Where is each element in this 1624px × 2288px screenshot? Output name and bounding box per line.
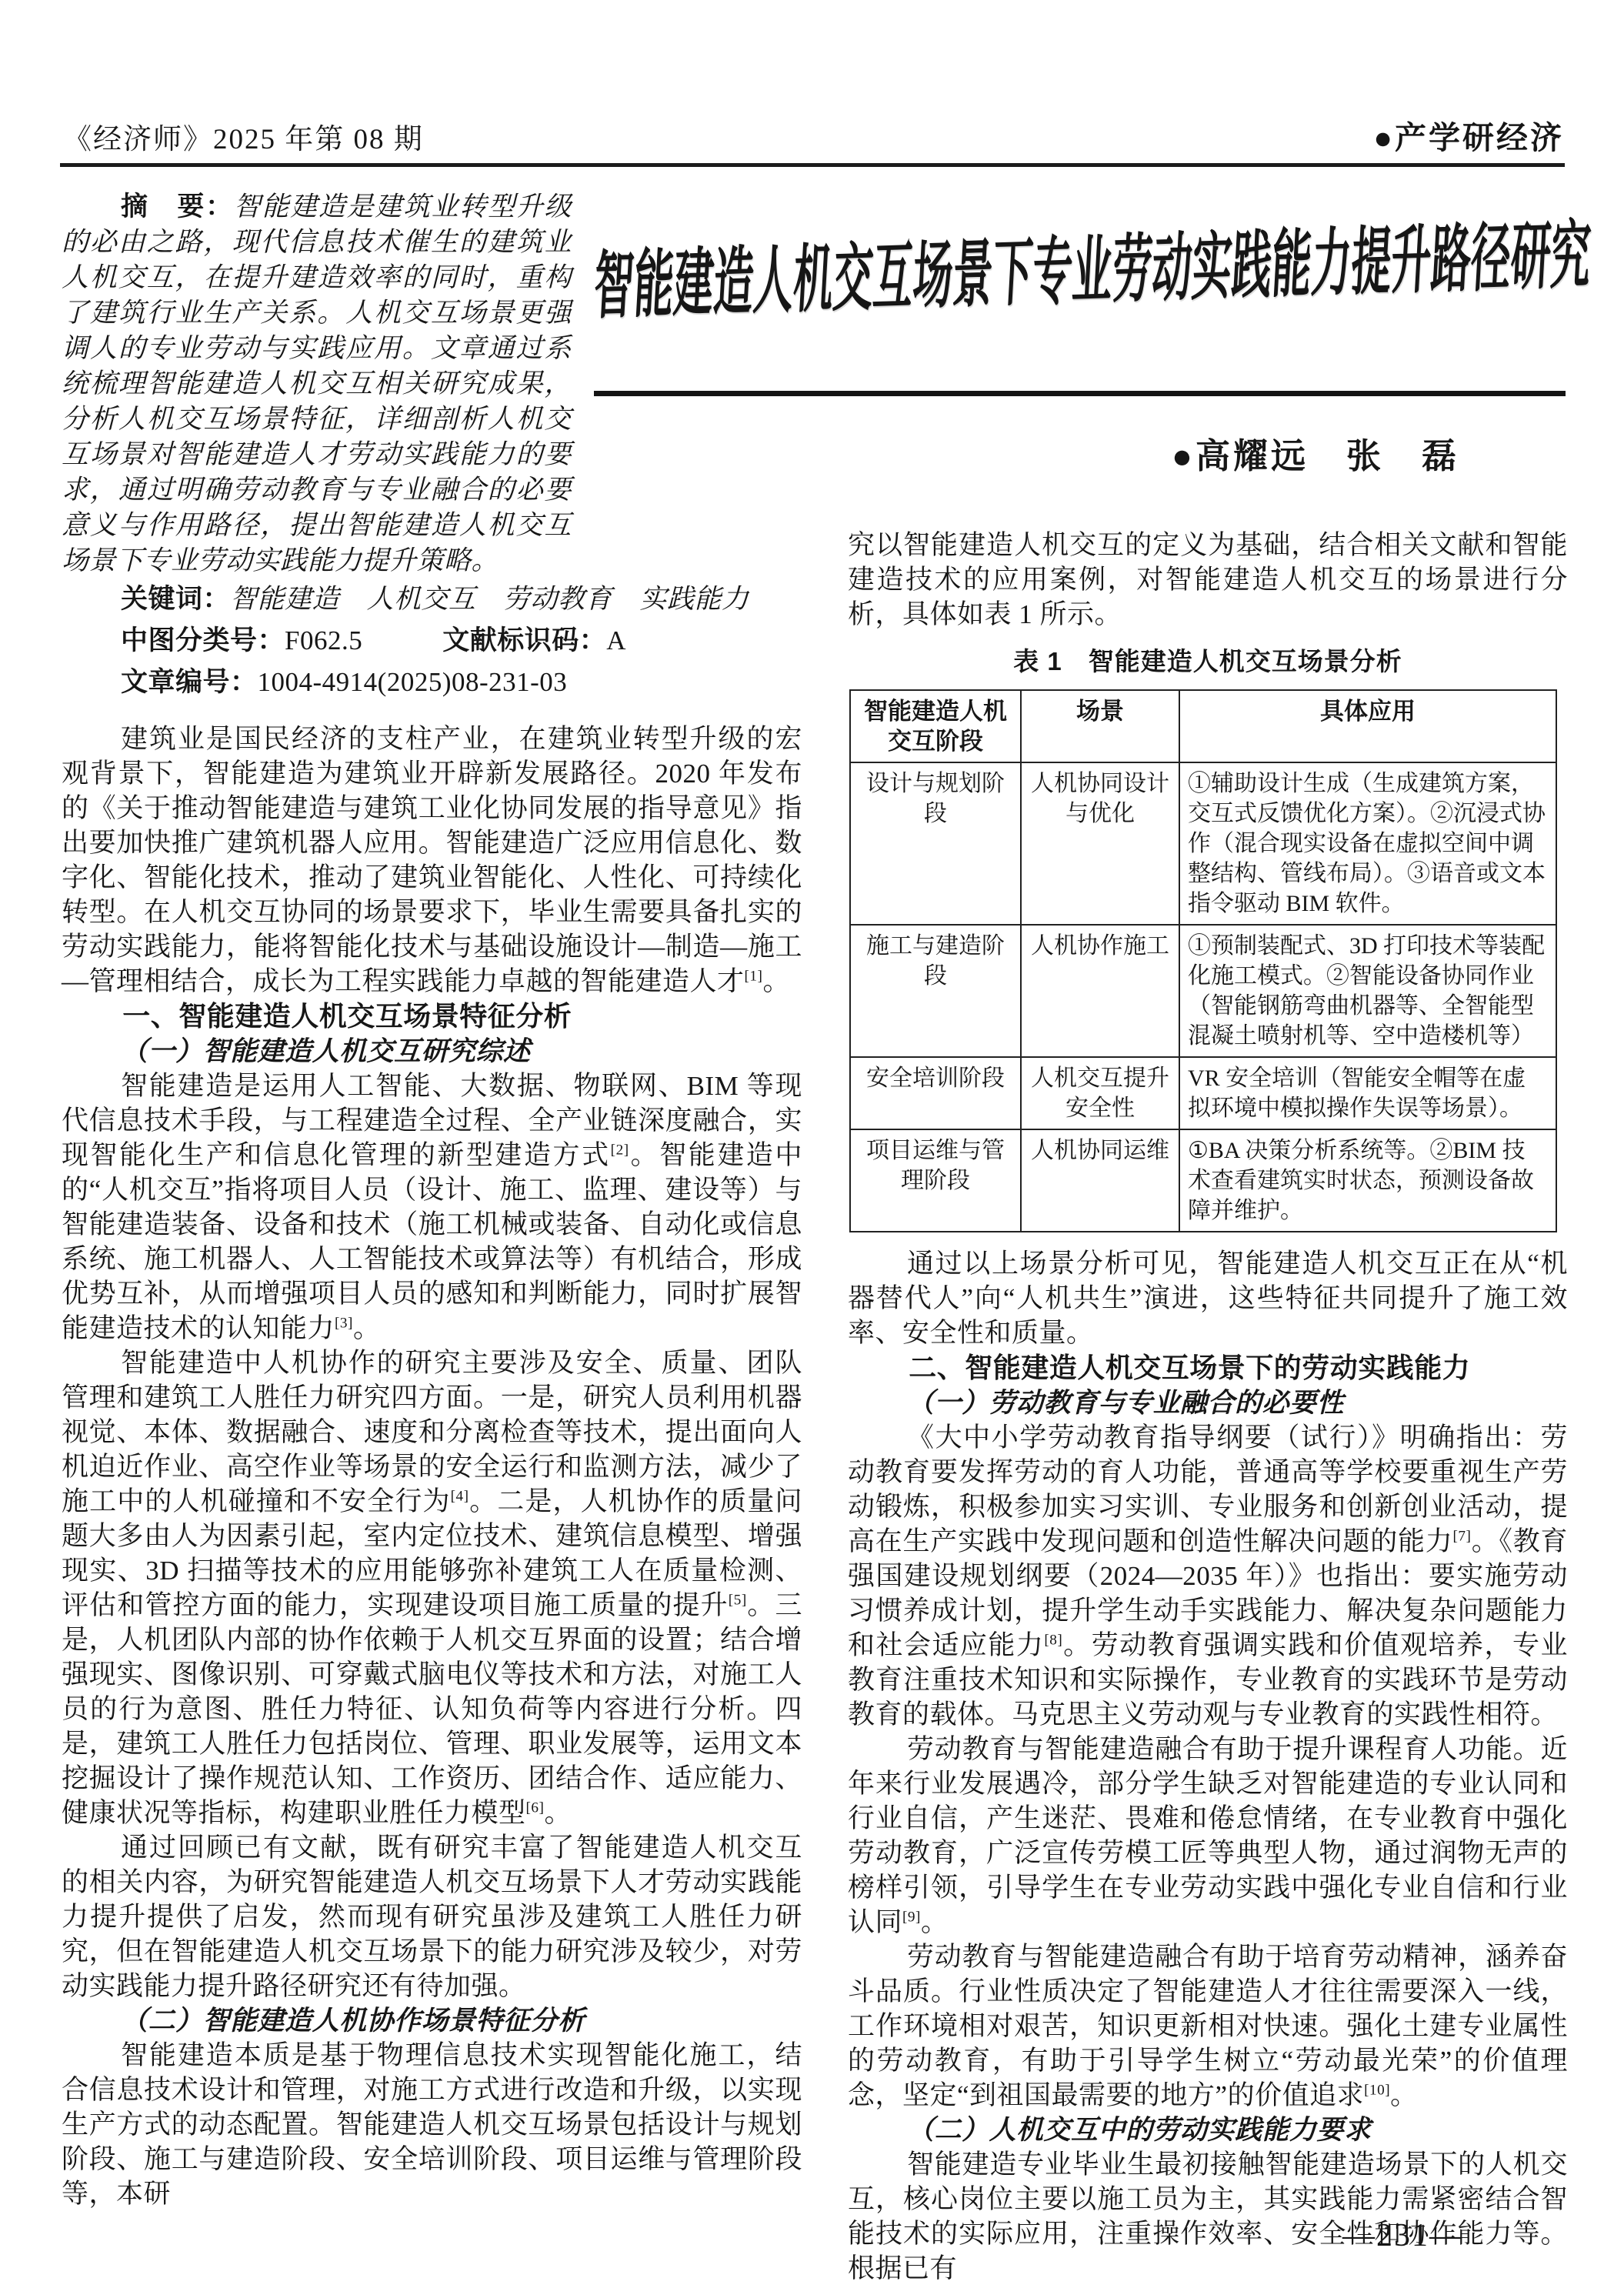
section-heading: 二、智能建造人机交互场景下的劳动实践能力 [848,1350,1568,1386]
abstract-block: 摘 要：智能建造是建筑业转型升级的必由之路，现代信息技术催生的建筑业人机交互，在… [62,189,802,703]
article-no-value: 1004-4914(2025)08-231-03 [258,667,568,697]
paragraph: 建筑业是国民经济的支柱产业，在建筑业转型升级的宏观背景下，智能建造为建筑业开辟新… [62,722,802,999]
sub-heading: （一）劳动教育与专业融合的必要性 [848,1386,1568,1420]
table-cell-stage: 项目运维与管理阶段 [850,1129,1021,1232]
page-number: —231— [1342,2217,1463,2254]
left-column: 摘 要：智能建造是建筑业转型升级的必由之路，现代信息技术催生的建筑业人机交互，在… [62,189,802,2211]
table-cell-stage: 设计与规划阶段 [850,762,1021,925]
abstract-text: 智能建造是建筑业转型升级的必由之路，现代信息技术催生的建筑业人机交互，在提升建造… [62,192,572,575]
table-caption: 表 1 智能建造人机交互场景分析 [848,644,1568,679]
table-cell-scene: 人机协同运维 [1021,1129,1179,1232]
table-row: 安全培训阶段 人机交互提升安全性 VR 安全培训（智能安全帽等在虚拟环境中模拟操… [850,1057,1556,1129]
table-cell-application: VR 安全培训（智能安全帽等在虚拟环境中模拟操作失误等场景）。 [1179,1057,1556,1129]
section-heading: 一、智能建造人机交互场景特征分析 [62,999,802,1034]
table-cell-scene: 人机交互提升安全性 [1021,1057,1179,1129]
table-cell-scene: 人机协同设计与优化 [1021,762,1179,925]
paragraph: 通过以上场景分析可见，智能建造人机交互正在从“机器替代人”向“人机共生”演进，这… [848,1246,1568,1350]
paragraph: 究以智能建造人机交互的定义为基础，结合相关文献和智能建造技术的应用案例，对智能建… [848,528,1568,632]
abstract-label: 摘 要： [121,192,234,222]
article-no-label: 文章编号： [121,667,258,697]
sub-heading: （二）智能建造人机协作场景特征分析 [62,2003,802,2038]
clc-label: 中图分类号： [121,625,285,655]
paragraph: 《大中小学劳动教育指导纲要（试行）》明确指出：劳动教育要发挥劳动的育人功能，普通… [848,1420,1568,1732]
clc-line: 中图分类号：F062.5文献标识码：A [62,620,802,662]
header-divider [60,163,1565,167]
keywords-text: 智能建造 人机交互 劳动教育 实践能力 [230,584,749,614]
paragraph: 智能建造本质是基于物理信息技术实现智能化施工，结合信息技术设计和管理，对施工方式… [62,2038,802,2211]
paragraph: 智能建造中人机协作的研究主要涉及安全、质量、团队管理和建筑工人胜任力研究四方面。… [62,1346,802,1830]
table-row: 施工与建造阶段 人机协作施工 ①预制装配式、3D 打印技术等装配化施工模式。②智… [850,925,1556,1057]
article-no-line: 文章编号：1004-4914(2025)08-231-03 [62,662,802,703]
journal-page: 《经济师》2025 年第 08 期 ●产学研经济 智能建造人机交互场景下专业劳动… [0,0,1624,2288]
table-cell-stage: 施工与建造阶段 [850,925,1021,1057]
table-header-cell: 智能建造人机交互阶段 [850,690,1021,762]
table-row: 设计与规划阶段 人机协同设计与优化 ①辅助设计生成（生成建筑方案，交互式反馈优化… [850,762,1556,925]
paragraph: 劳动教育与智能建造融合有助于提升课程育人功能。近年来行业发展遇冷，部分学生缺乏对… [848,1732,1568,1939]
table-header-cell: 场景 [1021,690,1179,762]
table-header-row: 智能建造人机交互阶段 场景 具体应用 [850,690,1556,762]
title-overlap-spacer [572,189,802,537]
clc-value: F062.5 [285,625,362,655]
doc-code-value: A [606,625,626,655]
section-label: ●产学研经济 [1373,112,1564,158]
table-row: 项目运维与管理阶段 人机协同运维 ①BA 决策分析系统等。②BIM 技术查看建筑… [850,1129,1556,1232]
table-cell-application: ①辅助设计生成（生成建筑方案，交互式反馈优化方案）。②沉浸式协作（混合现实设备在… [1179,762,1556,925]
doc-code-label: 文献标识码： [442,625,606,655]
scene-analysis-table: 智能建造人机交互阶段 场景 具体应用 设计与规划阶段 人机协同设计与优化 ①辅助… [849,689,1557,1232]
table-cell-application: ①预制装配式、3D 打印技术等装配化施工模式。②智能设备协同作业（智能钢筋弯曲机… [1179,925,1556,1057]
table-cell-scene: 人机协作施工 [1021,925,1179,1057]
paragraph: 智能建造专业毕业生最初接触智能建造场景下的人机交互，核心岗位主要以施工员为主，其… [848,2147,1568,2286]
keywords-line: 关键词：智能建造 人机交互 劳动教育 实践能力 [62,579,802,620]
table-cell-application: ①BA 决策分析系统等。②BIM 技术查看建筑实时状态，预测设备故障并维护。 [1179,1129,1556,1232]
paragraph: 劳动教育与智能建造融合有助于培育劳动精神，涵养奋斗品质。行业性质决定了智能建造人… [848,1939,1568,2113]
paragraph: 智能建造是运用人工智能、大数据、物联网、BIM 等现代信息技术手段，与工程建造全… [62,1069,802,1346]
paragraph: 通过回顾已有文献，既有研究丰富了智能建造人机交互的相关内容，为研究智能建造人机交… [62,1830,802,2003]
sub-heading: （二）人机交互中的劳动实践能力要求 [848,2113,1568,2147]
table-header-cell: 具体应用 [1179,690,1556,762]
table-cell-stage: 安全培训阶段 [850,1057,1021,1129]
right-column: 究以智能建造人机交互的定义为基础，结合相关文献和智能建造技术的应用案例，对智能建… [848,528,1568,2286]
journal-issue-label: 《经济师》2025 年第 08 期 [63,115,424,157]
sub-heading: （一）智能建造人机交互研究综述 [62,1034,802,1069]
keywords-label: 关键词： [121,584,230,614]
